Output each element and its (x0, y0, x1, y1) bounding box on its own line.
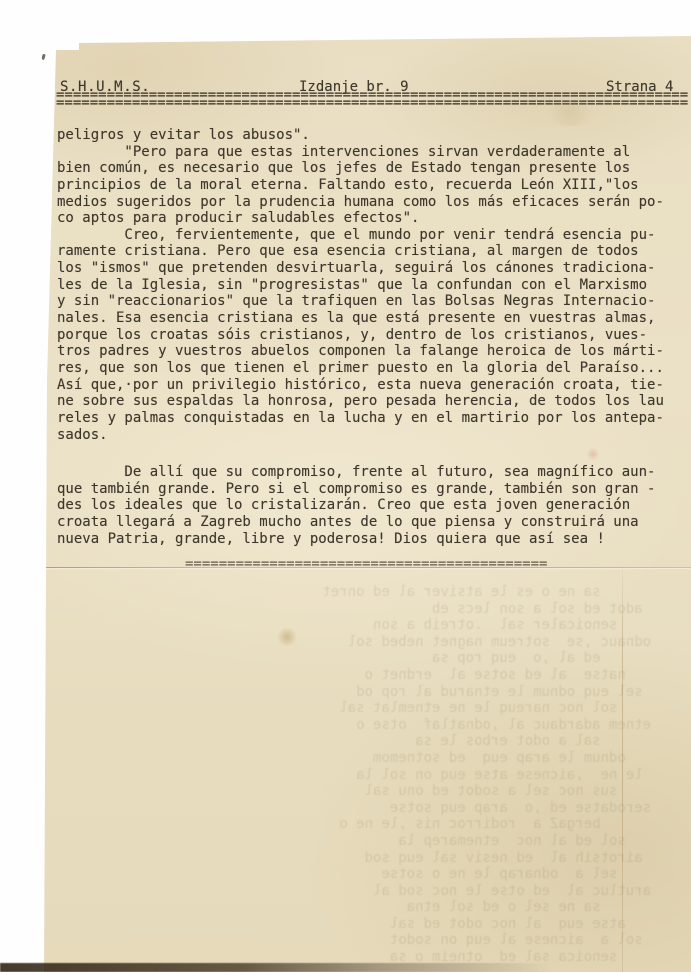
text-line: bergaZ a rodirroc nis ,le ne o (62, 816, 668, 833)
paper-stain (540, 100, 600, 126)
text-line: sol a aicnese al euq on sodot (62, 932, 668, 949)
header-rule-line-1: ========================================… (56, 91, 691, 99)
text-line: nueva Patria, grande, libre y poderosa! … (57, 531, 675, 548)
text-line: sol noc nareuq le ne etnemlat sal (62, 700, 668, 717)
verso-bleedthrough-text: sa ne o es le atsiver al ed onret adot e… (62, 584, 668, 966)
text-line: Así que,·por un privilegio histórico, es… (57, 377, 675, 394)
text-line: ed al ,o euq rop sa (62, 650, 668, 667)
paper-stain (586, 448, 600, 460)
text-line: sel euq odnum le etnarud al rop od (62, 684, 668, 701)
scan-edge-shadow (0, 963, 691, 972)
scan-speck (41, 54, 45, 61)
text-line: le ne ,aicnese atse euq on sol la (62, 767, 668, 784)
text-line: natse al ed sotse al erdnet o (62, 667, 668, 684)
text-line: les de la Iglesia, sin "progresistas" qu… (57, 277, 675, 294)
text-line: sus noc sel a sodot ed onu sal (62, 783, 668, 800)
text-line: porque los croatas sóis cristianos, y, d… (57, 327, 675, 344)
text-line: res, que son los que tienen el primer pu… (57, 360, 675, 377)
text-line: medios sugeridos por la prudencia humana… (57, 194, 675, 211)
text-line: que también grande. Pero si el compromis… (57, 481, 675, 498)
text-line: sal a odot erbos le sa (62, 733, 668, 750)
text-line: De allí que su compromiso, frente al fut… (57, 464, 675, 481)
text-line: sol ed al noc etnemarep la (62, 833, 668, 850)
text-line: sa ne o es le atsiver al ed onret (62, 584, 668, 601)
vertical-crease (622, 560, 623, 972)
text-line: serodatse ed ,o arap euq sotse (62, 800, 668, 817)
text-line: sa ne sel o ed sol etna (62, 899, 668, 916)
closing-paragraph-block: De allí que su compromiso, frente al fut… (57, 464, 675, 547)
text-line: bien común, es necesario que los jefes d… (57, 160, 675, 177)
text-line: des los ideales que lo cristalizarán. Cr… (57, 497, 675, 514)
paper-stain (276, 628, 298, 646)
text-line: y sin "reaccionarios" que la trafiquen e… (57, 293, 675, 310)
section-divider-rule: ========================================… (185, 556, 547, 572)
text-line: principios de la moral eterna. Faltando … (57, 177, 675, 194)
text-line: arutluc al ed otse le noc sod al (62, 883, 668, 900)
text-line: reles y palmas conquistadas en la lucha … (57, 410, 675, 427)
paper-sheet: S.H.U.M.S. Izdanje br. 9 Strana 4 ======… (0, 0, 691, 972)
text-line: ramente cristiana. Pero que esa esencia … (57, 243, 675, 260)
text-line: tros padres y vuestros abuelos componen … (57, 343, 675, 360)
text-line: airotsih al ed nesiv sal euq sod (62, 850, 668, 867)
text-line: atse euq al noc odot ed sal (62, 916, 668, 933)
text-line: los "ismos" que pretenden desvirtuarla, … (57, 260, 675, 277)
text-line: "Pero para que estas intervenciones sirv… (57, 144, 675, 161)
text-line: senoicaler sal .otreib a son (62, 617, 668, 634)
text-line: peligros y evitar los abusos". (57, 127, 675, 144)
text-line: odnum le arap euq ed sotnemom (62, 750, 668, 767)
text-line: sados. (57, 427, 675, 444)
text-line: etnem adardauc al ,odnatlaf otse o (62, 717, 668, 734)
text-line: odnauc ,se sotreum nagnet nebed sol (62, 634, 668, 651)
main-text-block: peligros y evitar los abusos". "Pero par… (57, 127, 675, 443)
horizontal-fold-crease (44, 567, 691, 568)
text-line: Creo, fervientemente, que el mundo por v… (57, 227, 675, 244)
text-line: co aptos para producir saludables efecto… (57, 210, 675, 227)
scanned-page: S.H.U.M.S. Izdanje br. 9 Strana 4 ======… (0, 0, 691, 972)
text-line: croata llegará a Zagreb mucho antes de l… (57, 514, 675, 531)
text-line: ne sobre sus espaldas la honrosa, pero p… (57, 393, 675, 410)
text-line: sel a odnarap le ne o sotse (62, 866, 668, 883)
text-line: adot ed sol a son lecs eb (62, 601, 668, 618)
text-line: nales. Esa esencia cristiana es la que e… (57, 310, 675, 327)
